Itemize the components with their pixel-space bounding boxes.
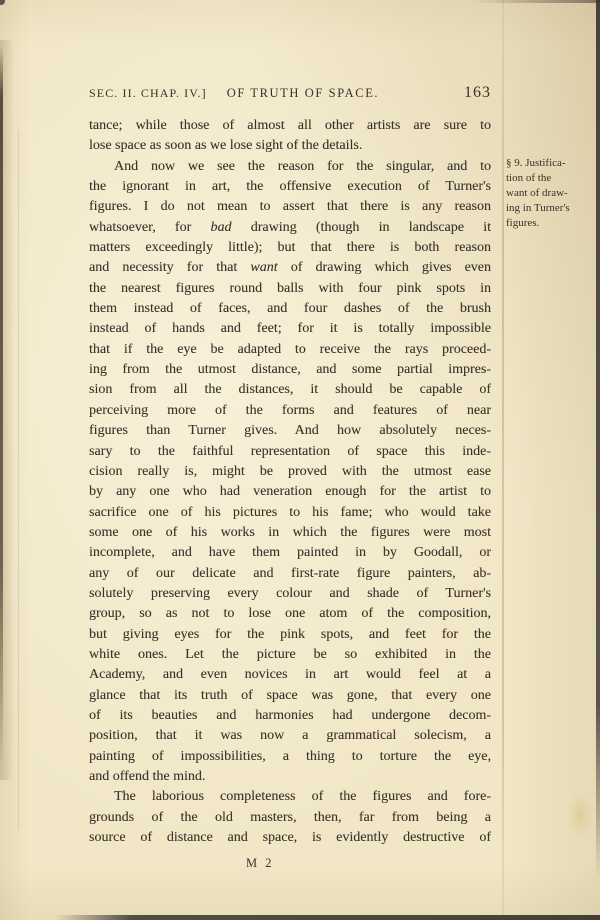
body-line: the nearest figures round balls with fou… [89, 279, 491, 299]
paper-stain [566, 792, 594, 838]
page-edge-shadow-top-right [470, 0, 600, 3]
page-edge-crease [502, 0, 504, 920]
body-line: sary to the faithful representation of s… [89, 442, 491, 462]
sidenote-line: figures. [506, 216, 598, 231]
body-line: instead of hands and feet; for it is tot… [89, 319, 491, 339]
body-line: perceiving more of the forms and feature… [89, 401, 491, 421]
body-line: The laborious completeness of the figure… [89, 787, 491, 807]
page-scan: SEC. II. CHAP. IV.] OF TRUTH OF SPACE. 1… [0, 0, 600, 920]
body-line: white ones. Let the picture be so exhibi… [89, 645, 491, 665]
body-line: position, that it was now a grammatical … [89, 726, 491, 746]
body-line: matters exceedingly little); but that th… [89, 238, 491, 258]
body-line: the ignorant in art, the offensive execu… [89, 177, 491, 197]
body-line: figures than Turner gives. And how absol… [89, 421, 491, 441]
page-edge-shadow-left [0, 46, 3, 768]
body-line: cision really is, might be proved with t… [89, 462, 491, 482]
body-line: sion from all the distances, it should b… [89, 380, 491, 400]
body-line: grounds of the old masters, then, far fr… [89, 808, 491, 828]
body-line: some one of his works in which the figur… [89, 523, 491, 543]
body-line: of its beauties and harmonies had underg… [89, 706, 491, 726]
body-line: And now we see the reason for the singul… [89, 157, 491, 177]
body-line: whatsoever, for bad drawing (though in l… [89, 218, 491, 238]
body-line: them instead of faces, and four dashes o… [89, 299, 491, 319]
page-number: 163 [464, 84, 491, 102]
body-line: group, so as not to lose one atom of the… [89, 604, 491, 624]
body-line: Academy, and even novices in art would f… [89, 665, 491, 685]
body-line: any of our delicate and first-rate figur… [89, 564, 491, 584]
printers-signature: M 2 [210, 856, 310, 871]
sidenote-line: tion of the [506, 171, 598, 186]
body-line: by any one who had veneration enough for… [89, 482, 491, 502]
body-line: solutely preserving every colour and sha… [89, 584, 491, 604]
sidenote: § 9. Justifica-tion of thewant of draw-i… [506, 156, 598, 231]
gutter-crease [18, 130, 19, 830]
body-line: figures. I do not mean to assert that th… [89, 197, 491, 217]
body-text: tance; while those of almost all other a… [89, 116, 491, 848]
body-line: and necessity for that want of drawing w… [89, 258, 491, 278]
scan-corner-speck [0, 0, 5, 5]
body-line: incomplete, and have them painted in by … [89, 543, 491, 563]
header-chapter-title: OF TRUTH OF SPACE. [227, 86, 379, 101]
body-line: sacrifice one of his pictures to his fam… [89, 503, 491, 523]
body-line: lose space as soon as we lose sight of t… [89, 136, 491, 156]
header-section-label: SEC. II. CHAP. IV.] [89, 86, 207, 101]
body-line: but giving eyes for the pink spots, and … [89, 625, 491, 645]
sidenote-line: § 9. Justifica- [506, 156, 598, 171]
sidenote-line: want of draw- [506, 186, 598, 201]
body-line: that if the eye be adapted to receive th… [89, 340, 491, 360]
body-line: tance; while those of almost all other a… [89, 116, 491, 136]
sidenote-line: ing in Turner's [506, 201, 598, 216]
page-edge-shadow-right [596, 0, 600, 880]
page-edge-shadow-bottom [55, 915, 600, 920]
body-line: ing from the utmost distance, and some p… [89, 360, 491, 380]
body-line: and offend the mind. [89, 767, 491, 787]
body-line: source of distance and space, is evident… [89, 828, 491, 848]
page-header: SEC. II. CHAP. IV.] OF TRUTH OF SPACE. 1… [89, 84, 491, 102]
body-line: glance that its truth of space was gone,… [89, 686, 491, 706]
body-line: painting of impossibilities, a thing to … [89, 747, 491, 767]
